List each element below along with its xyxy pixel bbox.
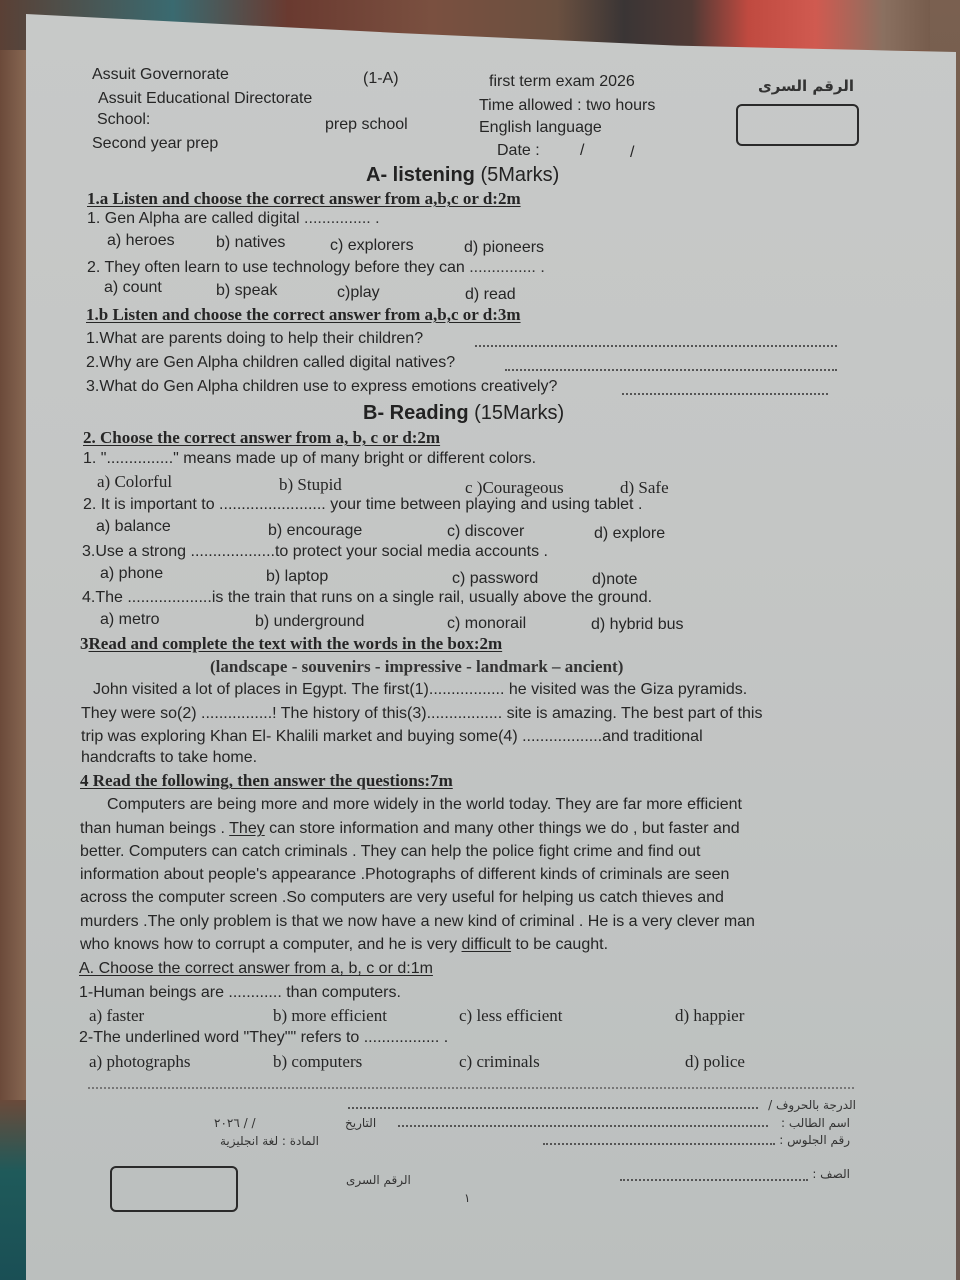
q2-item-2-option-d[interactable]: d) explore xyxy=(594,524,665,544)
directorate: Assuit Educational Directorate xyxy=(98,89,312,109)
q2-item-3-option-a[interactable]: a) phone xyxy=(100,564,163,584)
q1a-item-2-stem: 2. They often learn to use technology be… xyxy=(87,258,545,278)
q3-text-line-3: trip was exploring Khan El- Khalili mark… xyxy=(81,727,703,747)
q2-item-3-stem: 3.Use a strong ...................to pro… xyxy=(82,542,548,562)
q1a-item-1-option-a[interactable]: a) heroes xyxy=(107,231,175,251)
q2-item-1-option-b[interactable]: b) Stupid xyxy=(279,475,342,495)
q1b-answer-line-3[interactable] xyxy=(622,393,828,395)
q1b-answer-line-1[interactable] xyxy=(475,345,837,347)
q4a-item-2-option-b[interactable]: b) computers xyxy=(273,1052,362,1072)
date-slash-1: / xyxy=(580,141,584,161)
footer-secret-number-box[interactable] xyxy=(110,1166,238,1212)
q1a-instruction: 1.a Listen and choose the correct answer… xyxy=(87,189,521,209)
exam-model: (1-A) xyxy=(363,69,399,89)
underlined-word-difficult: difficult xyxy=(462,936,512,953)
passage-line-6: murders .The only problem is that we now… xyxy=(80,912,755,932)
q4a-item-1-option-c[interactable]: c) less efficient xyxy=(459,1006,563,1026)
date-label: التاريخ xyxy=(345,1113,376,1133)
student-name-field[interactable] xyxy=(398,1125,768,1127)
q2-item-3-option-d[interactable]: d)note xyxy=(592,570,637,590)
q4a-item-1-stem: 1-Human beings are ............ than com… xyxy=(79,983,401,1003)
q2-item-3-option-b[interactable]: b) laptop xyxy=(266,567,328,587)
grade-in-words-label: الدرجة بالحروف / xyxy=(768,1095,856,1115)
q1a-item-2-option-d[interactable]: d) read xyxy=(465,285,516,305)
passage-line-5: across the computer screen .So computers… xyxy=(80,888,724,908)
time-allowed: Time allowed : two hours xyxy=(479,96,655,116)
passage-line-2: than human beings . They can store infor… xyxy=(80,819,740,839)
q2-item-3-option-c[interactable]: c) password xyxy=(452,569,538,589)
subject-label: المادة : لغة انجليزية xyxy=(220,1131,319,1151)
page-number: ١ xyxy=(464,1188,470,1208)
section-a-title: A- listening xyxy=(366,164,475,186)
date-label: Date : xyxy=(497,141,540,161)
q4a-item-2-option-a[interactable]: a) photographs xyxy=(89,1052,191,1072)
q1a-item-2-option-c[interactable]: c)play xyxy=(337,283,380,303)
q1b-question-1: 1.What are parents doing to help their c… xyxy=(86,329,423,349)
date-value: ٢٠٢٦ / / xyxy=(214,1113,256,1133)
q4a-item-2-option-d[interactable]: d) police xyxy=(685,1052,745,1072)
q4a-item-2-stem: 2-The underlined word "They"" refers to … xyxy=(79,1028,448,1048)
q2-instruction: 2. Choose the correct answer from a, b, … xyxy=(83,428,440,448)
grade-in-words-field[interactable] xyxy=(348,1107,758,1109)
background-fabric-left xyxy=(0,1100,26,1280)
q2-item-4-option-a[interactable]: a) metro xyxy=(100,610,160,630)
q1a-item-1-option-d[interactable]: d) pioneers xyxy=(464,238,544,258)
q1b-question-3: 3.What do Gen Alpha children use to expr… xyxy=(86,377,557,397)
q2-item-4-stem: 4.The ...................is the train th… xyxy=(82,588,652,608)
secret-number-box[interactable] xyxy=(736,104,859,146)
q2-item-2-option-c[interactable]: c) discover xyxy=(447,522,524,542)
q3-text-line-2: They were so(2) ................! The hi… xyxy=(81,704,762,724)
q4a-item-1-option-a[interactable]: a) faster xyxy=(89,1006,144,1026)
passage-line-1: Computers are being more and more widely… xyxy=(107,795,742,815)
q2-item-1-stem: 1. "..............." means made up of ma… xyxy=(83,449,536,469)
q2-item-4-option-d[interactable]: d) hybrid bus xyxy=(591,615,684,635)
section-b-heading: B- Reading (15Marks) xyxy=(363,403,564,423)
seat-number-label: رقم الجلوس : xyxy=(779,1130,850,1150)
q2-item-2-stem: 2. It is important to ..................… xyxy=(83,495,642,515)
q2-item-4-option-c[interactable]: c) monorail xyxy=(447,614,526,634)
q4a-item-2-option-c[interactable]: c) criminals xyxy=(459,1052,540,1072)
q3-instruction: 3Read and complete the text with the wor… xyxy=(80,634,502,654)
subject: English language xyxy=(479,118,602,138)
grade-level: Second year prep xyxy=(92,134,218,154)
q1a-item-1-option-b[interactable]: b) natives xyxy=(216,233,285,253)
passage-line-4: information about people's appearance .P… xyxy=(80,865,729,885)
section-a-marks: (5Marks) xyxy=(480,164,559,186)
q2-item-1-option-a[interactable]: a) Colorful xyxy=(97,472,172,492)
q2-item-4-option-b[interactable]: b) underground xyxy=(255,612,364,632)
q3-text-line-1: John visited a lot of places in Egypt. T… xyxy=(93,680,747,700)
secret-number-label: الرقم السرى xyxy=(758,76,854,96)
q4a-instruction: A. Choose the correct answer from a, b, … xyxy=(79,959,433,979)
underlined-word-they: They xyxy=(229,820,265,837)
passage-line-3: better. Computers can catch criminals . … xyxy=(80,842,700,862)
q4a-item-1-option-d[interactable]: d) happier xyxy=(675,1006,744,1026)
section-b-marks: (15Marks) xyxy=(474,402,564,424)
passage-line-7: who knows how to corrupt a computer, and… xyxy=(80,935,608,955)
date-slash-2: / xyxy=(630,143,634,163)
class-label: الصف : xyxy=(812,1164,850,1184)
q2-item-2-option-a[interactable]: a) balance xyxy=(96,517,171,537)
q3-text-line-4: handcrafts to take home. xyxy=(81,748,257,768)
q1a-item-1-stem: 1. Gen Alpha are called digital ........… xyxy=(87,209,380,229)
q4-instruction: 4 Read the following, then answer the qu… xyxy=(80,771,453,791)
q1b-answer-line-2[interactable] xyxy=(505,369,837,371)
section-a-heading: A- listening (5Marks) xyxy=(366,165,559,185)
q1b-instruction: 1.b Listen and choose the correct answer… xyxy=(86,305,521,325)
exam-title: first term exam 2026 xyxy=(489,72,635,92)
q3-word-box: (landscape - souvenirs - impressive - la… xyxy=(210,657,623,677)
q1a-item-2-option-b[interactable]: b) speak xyxy=(216,281,277,301)
seat-number-field[interactable] xyxy=(543,1143,775,1145)
q2-item-2-option-b[interactable]: b) encourage xyxy=(268,521,362,541)
q1b-question-2: 2.Why are Gen Alpha children called digi… xyxy=(86,353,455,373)
section-b-title: B- Reading xyxy=(363,402,469,424)
governorate: Assuit Governorate xyxy=(92,65,229,85)
class-field[interactable] xyxy=(620,1179,808,1181)
q1a-item-2-option-a[interactable]: a) count xyxy=(104,278,162,298)
school-type: prep school xyxy=(325,115,408,135)
q1a-item-1-option-c[interactable]: c) explorers xyxy=(330,236,414,256)
cut-line xyxy=(88,1087,854,1089)
footer-secret-number-label: الرقم السرى xyxy=(346,1170,411,1190)
school-label: School: xyxy=(97,110,150,130)
q4a-item-1-option-b[interactable]: b) more efficient xyxy=(273,1006,387,1026)
